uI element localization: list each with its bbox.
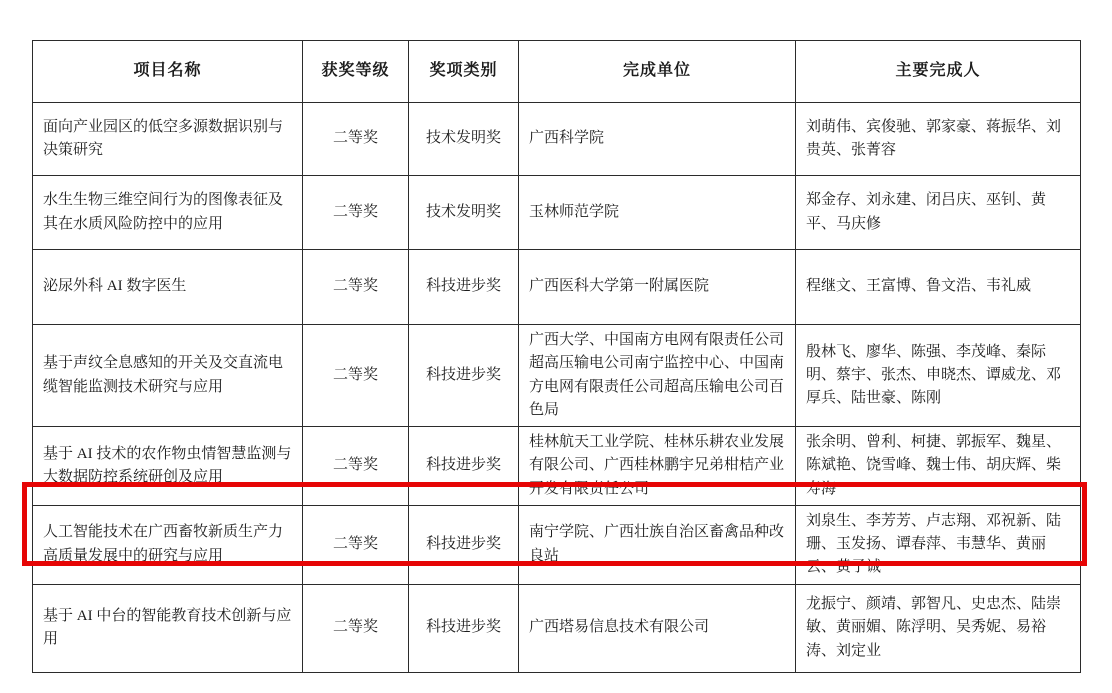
main-contributors-cell: 郑金存、刘永建、闭吕庆、巫钊、黄平、马庆修 (796, 176, 1081, 250)
award-category-cell: 科技进步奖 (409, 584, 519, 672)
completing-org-cell: 南宁学院、广西壮族自治区畜禽品种改良站 (519, 505, 796, 584)
award-category-cell: 科技进步奖 (409, 325, 519, 427)
award-category-cell: 科技进步奖 (409, 250, 519, 325)
main-contributors-cell: 殷林飞、廖华、陈强、李茂峰、秦际明、蔡宇、张杰、申晓杰、谭威龙、邓厚兵、陆世豪、… (796, 325, 1081, 427)
page: 项目名称 获奖等级 奖项类别 完成单位 主要完成人 面向产业园区的低空多源数据识… (0, 0, 1112, 693)
project-name-cell: 基于 AI 中台的智能教育技术创新与应用 (33, 584, 303, 672)
header-main-contributors: 主要完成人 (796, 41, 1081, 103)
table-row: 水生生物三维空间行为的图像表征及其在水质风险防控中的应用 二等奖 技术发明奖 玉… (33, 176, 1081, 250)
header-completing-org: 完成单位 (519, 41, 796, 103)
main-contributors-cell: 刘泉生、李芳芳、卢志翔、邓祝新、陆珊、玉发扬、谭春萍、韦慧华、黄丽云、黄子诚 (796, 505, 1081, 584)
header-project-name: 项目名称 (33, 41, 303, 103)
table-row: 基于 AI 技术的农作物虫情智慧监测与大数据防控系统研创及应用 二等奖 科技进步… (33, 427, 1081, 506)
award-level-cell: 二等奖 (303, 325, 409, 427)
project-name-cell: 人工智能技术在广西畜牧新质生产力高质量发展中的研究与应用 (33, 505, 303, 584)
completing-org-cell: 广西塔易信息技术有限公司 (519, 584, 796, 672)
main-contributors-cell: 龙振宁、颜靖、郭智凡、史忠杰、陆崇敏、黄丽媚、陈浮明、吴秀妮、易裕涛、刘定业 (796, 584, 1081, 672)
header-award-level: 获奖等级 (303, 41, 409, 103)
table-row: 基于 AI 中台的智能教育技术创新与应用 二等奖 科技进步奖 广西塔易信息技术有… (33, 584, 1081, 672)
project-name-cell: 水生生物三维空间行为的图像表征及其在水质风险防控中的应用 (33, 176, 303, 250)
award-level-cell: 二等奖 (303, 427, 409, 506)
award-category-cell: 技术发明奖 (409, 176, 519, 250)
header-row: 项目名称 获奖等级 奖项类别 完成单位 主要完成人 (33, 41, 1081, 103)
completing-org-cell: 广西大学、中国南方电网有限责任公司超高压输电公司南宁监控中心、中国南方电网有限责… (519, 325, 796, 427)
award-category-cell: 科技进步奖 (409, 427, 519, 506)
award-level-cell: 二等奖 (303, 505, 409, 584)
project-name-cell: 面向产业园区的低空多源数据识别与决策研究 (33, 103, 303, 176)
table-row: 泌尿外科 AI 数字医生 二等奖 科技进步奖 广西医科大学第一附属医院 程继文、… (33, 250, 1081, 325)
completing-org-cell: 广西科学院 (519, 103, 796, 176)
award-level-cell: 二等奖 (303, 250, 409, 325)
table-row: 面向产业园区的低空多源数据识别与决策研究 二等奖 技术发明奖 广西科学院 刘萌伟… (33, 103, 1081, 176)
table-row-highlighted: 人工智能技术在广西畜牧新质生产力高质量发展中的研究与应用 二等奖 科技进步奖 南… (33, 505, 1081, 584)
project-name-cell: 泌尿外科 AI 数字医生 (33, 250, 303, 325)
header-award-category: 奖项类别 (409, 41, 519, 103)
completing-org-cell: 玉林师范学院 (519, 176, 796, 250)
main-contributors-cell: 刘萌伟、宾俊驰、郭家豪、蒋振华、刘贵英、张菁容 (796, 103, 1081, 176)
award-level-cell: 二等奖 (303, 103, 409, 176)
main-contributors-cell: 张余明、曾利、柯捷、郭振军、魏星、陈斌艳、饶雪峰、魏士伟、胡庆辉、柴寿海 (796, 427, 1081, 506)
award-category-cell: 技术发明奖 (409, 103, 519, 176)
award-category-cell: 科技进步奖 (409, 505, 519, 584)
project-name-cell: 基于声纹全息感知的开关及交直流电缆智能监测技术研究与应用 (33, 325, 303, 427)
completing-org-cell: 广西医科大学第一附属医院 (519, 250, 796, 325)
project-name-cell: 基于 AI 技术的农作物虫情智慧监测与大数据防控系统研创及应用 (33, 427, 303, 506)
table-row: 基于声纹全息感知的开关及交直流电缆智能监测技术研究与应用 二等奖 科技进步奖 广… (33, 325, 1081, 427)
award-level-cell: 二等奖 (303, 584, 409, 672)
award-level-cell: 二等奖 (303, 176, 409, 250)
main-contributors-cell: 程继文、王富博、鲁文浩、韦礼威 (796, 250, 1081, 325)
awards-table: 项目名称 获奖等级 奖项类别 完成单位 主要完成人 面向产业园区的低空多源数据识… (32, 40, 1081, 673)
completing-org-cell: 桂林航天工业学院、桂林乐耕农业发展有限公司、广西桂林鹏宇兄弟柑桔产业开发有限责任… (519, 427, 796, 506)
